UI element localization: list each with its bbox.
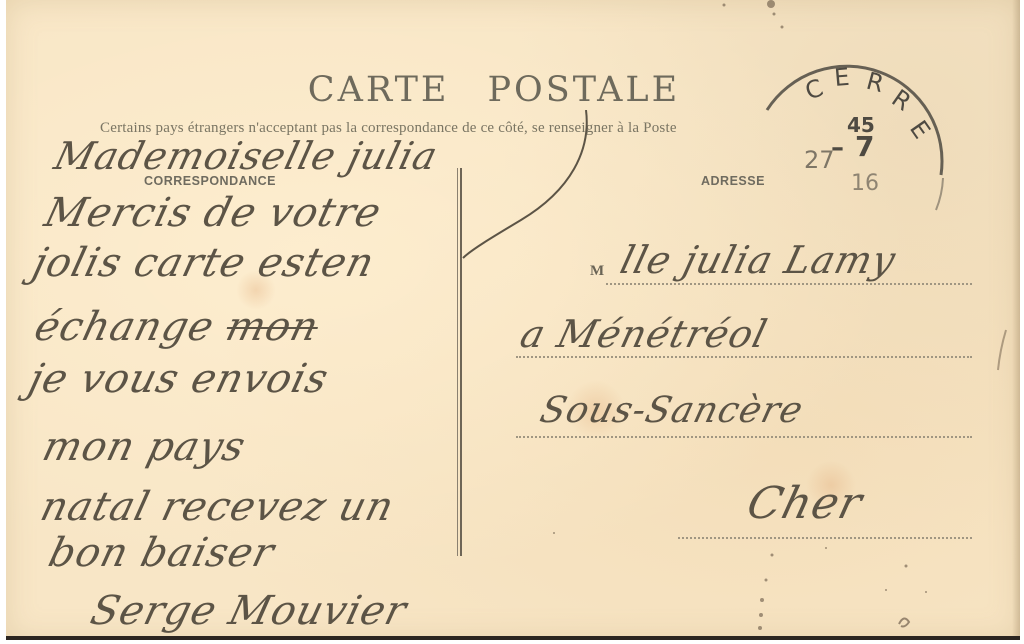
message-line: jolis carte esten <box>28 240 379 286</box>
postmark-month: 7 <box>855 130 874 163</box>
svg-text:E: E <box>904 115 936 143</box>
pen-swash <box>461 110 621 270</box>
address-line-1 <box>606 283 972 285</box>
svg-text:R: R <box>863 67 886 98</box>
address-line-2 <box>516 356 972 358</box>
signature: Serge Mouvier <box>86 588 412 634</box>
card-edge <box>1012 0 1020 640</box>
message-line: bon baiser <box>44 530 279 576</box>
postmark-year: 16 <box>851 171 879 196</box>
svg-text:–: – <box>831 133 844 163</box>
postmark-day: 27 <box>804 146 835 174</box>
message-line: échange mon <box>30 304 324 350</box>
message-line: je vous envois <box>24 356 333 402</box>
postmark-town: C <box>801 74 826 106</box>
postmark-stamp: C E R R E 45 27 – 7 16 <box>751 50 951 220</box>
recipient-name: lle julia Lamy <box>616 238 901 282</box>
message-line: Mercis de votre <box>40 190 386 236</box>
struck-word: mon <box>221 304 323 350</box>
recipient-town: a Ménétréol <box>516 312 772 356</box>
title-word-postale: POSTALE <box>487 70 680 110</box>
svg-text:E: E <box>833 63 851 92</box>
svg-text:R: R <box>887 84 917 117</box>
title-word-carte: CARTE <box>308 70 450 110</box>
recipient-subtown: Sous-Sancère <box>536 390 808 431</box>
postcard-back: CARTEPOSTALE Certains pays étrangers n'a… <box>6 0 1020 640</box>
message-text: échange <box>30 304 219 350</box>
salutation: Mademoiselle julia <box>50 134 443 178</box>
message-line: mon pays <box>38 424 251 470</box>
message-line: natal recevez un <box>36 484 399 530</box>
address-line-4 <box>678 537 972 539</box>
address-line-3 <box>516 436 972 438</box>
recipient-department: Cher <box>742 478 868 529</box>
